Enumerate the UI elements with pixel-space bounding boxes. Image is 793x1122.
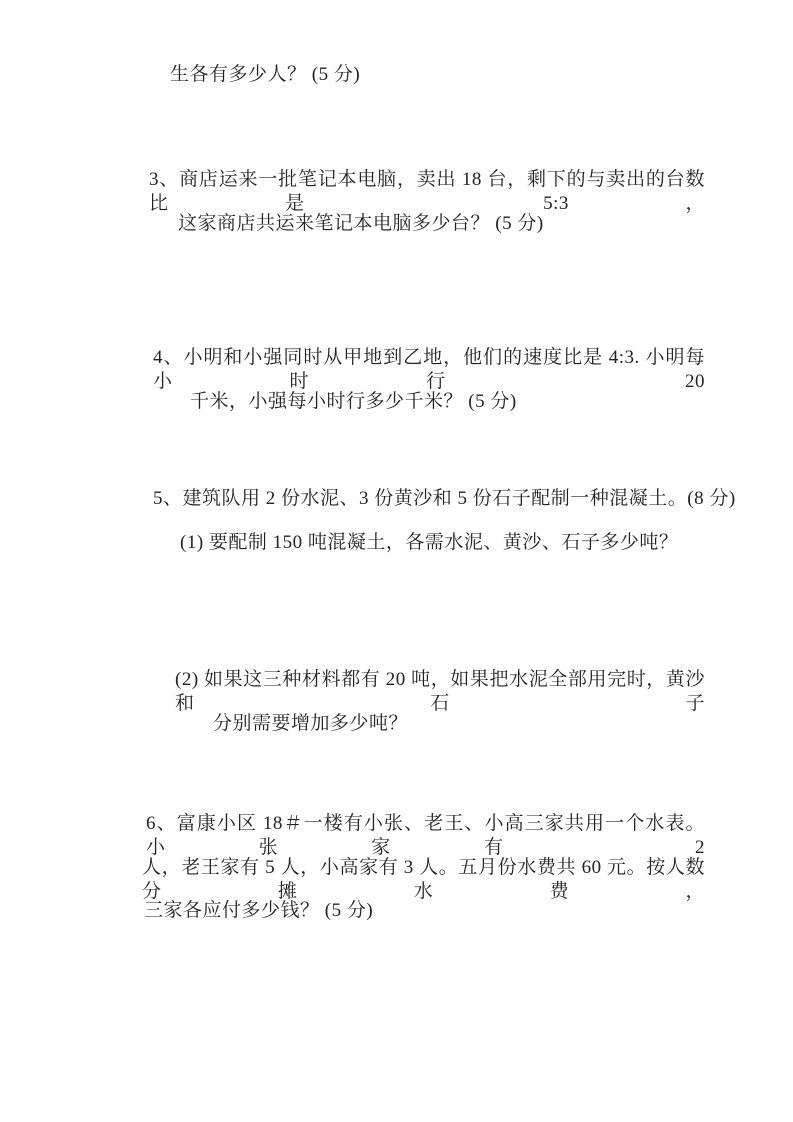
question-5-subquestion-2-line-1: (2) 如果这三种材料都有 20 吨，如果把水泥全部用完时，黄沙和石子 [175,668,705,716]
question-5-subquestion-2-line-2: 分别需要增加多少吨？ [213,712,408,736]
intro-question-tail: 生各有多少人？ (5 分) [170,63,360,87]
question-6-line-2: 人，老王家有 5 人，小高家有 3 人。五月份水费共 60 元。按人数分摊水费， [142,856,705,904]
question-4-line-1: 4、小明和小强同时从甲地到乙地，他们的速度比是 4:3. 小明每小时行 20 [153,346,705,394]
question-6-line-1: 6、富康小区 18＃一楼有小张、老王、小高三家共用一个水表。小张家有 2 [146,812,705,860]
question-5-subquestion-1: (1) 要配制 150 吨混凝土，各需水泥、黄沙、石子多少吨？ [180,531,678,555]
question-5-line-1: 5、建筑队用 2 份水泥、3 份黄沙和 5 份石子配制一种混凝土。(8 分) [153,487,736,511]
question-3-line-2: 这家商店共运来笔记本电脑多少台？ (5 分) [178,212,544,236]
question-4-line-2: 千米，小强每小时行多少千米？ (5 分) [190,390,517,414]
question-3-line-1: 3、商店运来一批笔记本电脑，卖出 18 台，剩下的与卖出的台数比是 5:3， [149,168,705,216]
question-6-line-3: 三家各应付多少钱？ (5 分) [144,899,373,923]
worksheet-page: 生各有多少人？ (5 分) 3、商店运来一批笔记本电脑，卖出 18 台，剩下的与… [0,0,793,1122]
